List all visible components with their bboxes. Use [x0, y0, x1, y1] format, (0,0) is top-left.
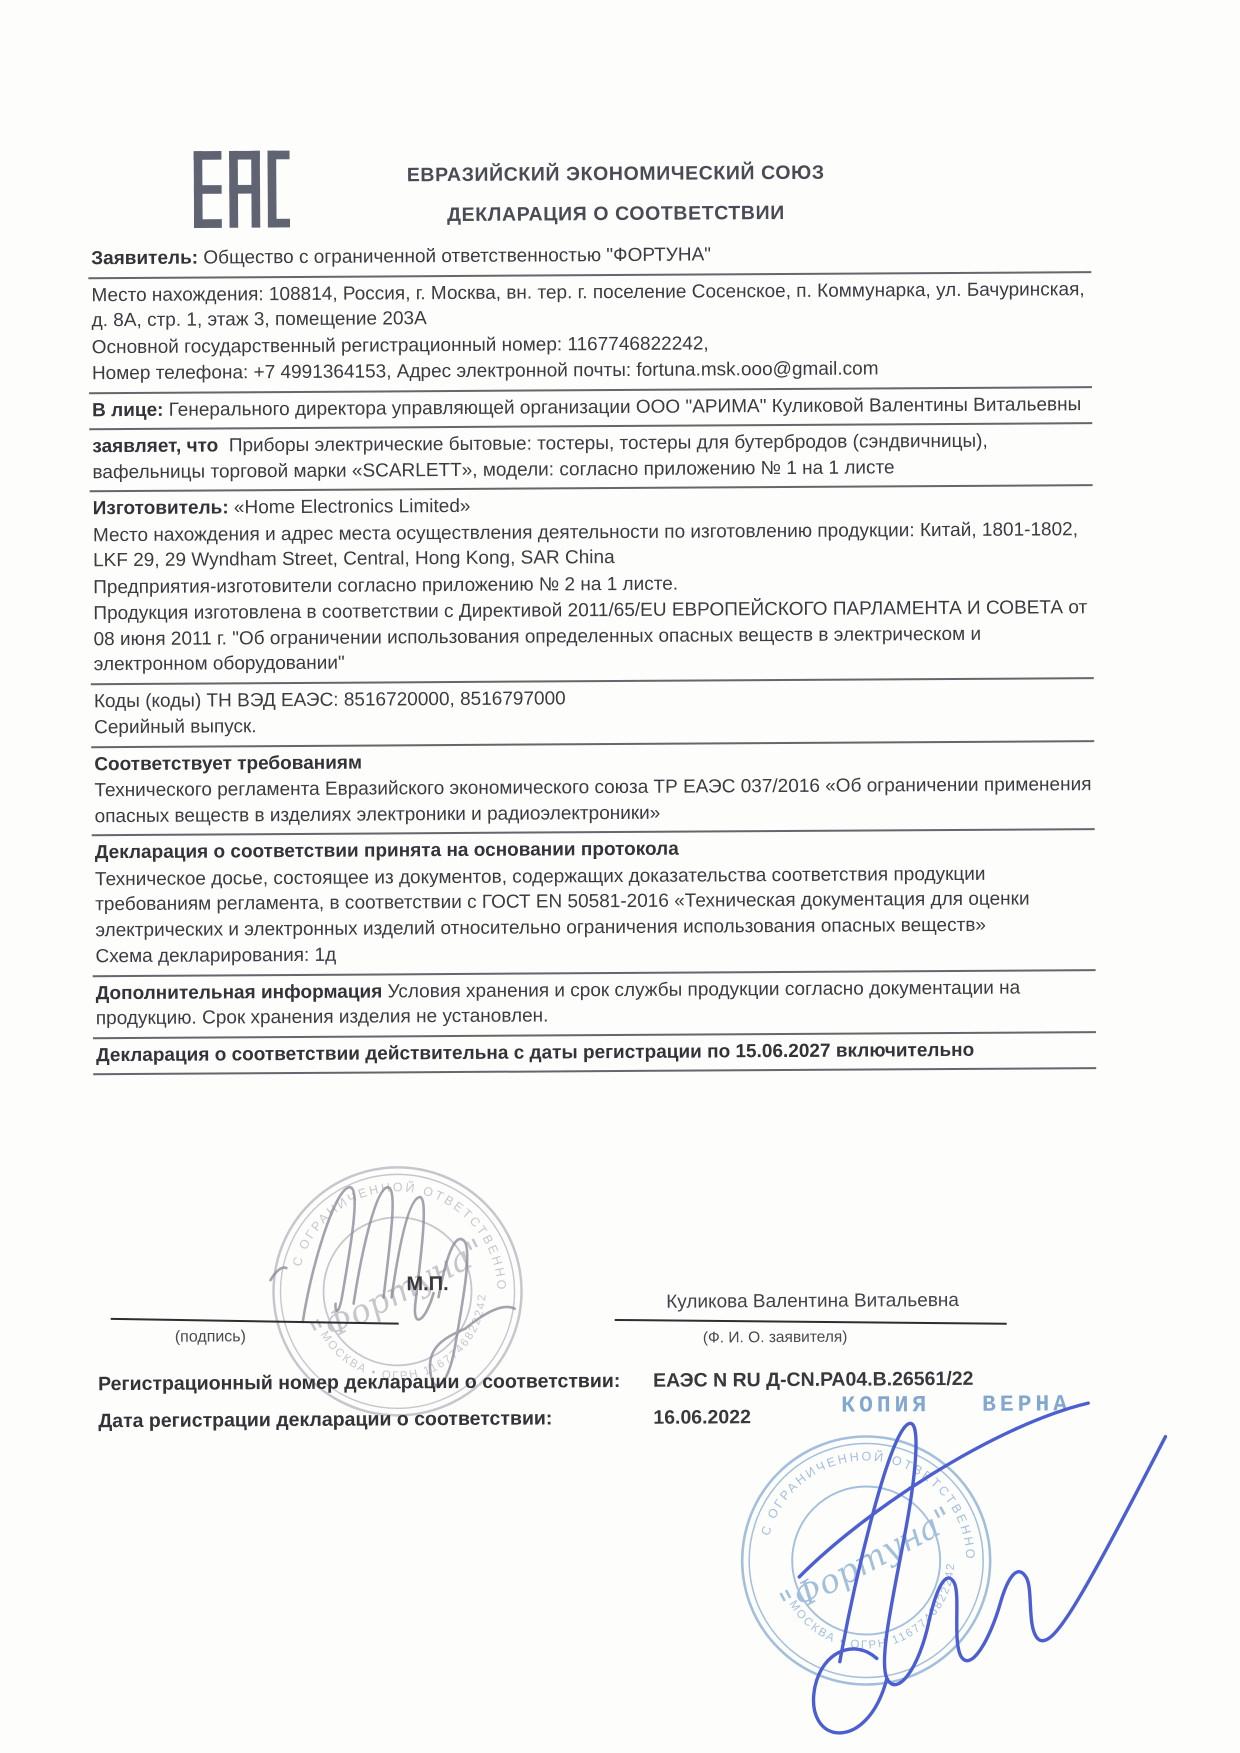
declaration-body: Заявитель: Общество с ограниченной ответ…: [91, 239, 1096, 1079]
additional-info-label: Дополнительная информация: [96, 981, 383, 1004]
fullname-caption: (Ф. И. О. заявителя): [703, 1329, 848, 1348]
serial-issue: Серийный выпуск.: [94, 709, 1094, 741]
declaration-document-page: ЕВРАЗИЙСКИЙ ЭКОНОМИЧЕСКИЙ СОЮЗ ДЕКЛАРАЦИ…: [0, 0, 1240, 1753]
stamp-place-mark: М.П.: [406, 1273, 448, 1296]
manufacturer-address: Место нахождения и адрес места осуществл…: [93, 517, 1093, 574]
declares-row: заявляет, что Приборы электрические быто…: [92, 428, 1092, 485]
declares-value: Приборы электрические бытовые: тостеры, …: [92, 431, 987, 483]
manufacturer-value: «Home Electronics Limited»: [234, 496, 471, 518]
registration-date-label: Дата регистрации декларации о соответств…: [98, 1407, 552, 1433]
in-person-label: В лице:: [92, 399, 163, 420]
divider: [93, 1067, 1096, 1075]
basis-scheme: Схема декларирования: 1д: [95, 938, 1095, 970]
fullname-line: [615, 1319, 1007, 1325]
applicant-row: Заявитель: Общество с ограниченной ответ…: [91, 240, 1091, 272]
manufacturer-label: Изготовитель:: [93, 497, 229, 519]
basis-text: Техническое досье, состоящее из документ…: [95, 861, 1095, 944]
in-person-value: Генерального директора управляющей орган…: [169, 394, 1082, 421]
signature-caption: (подпись): [175, 1328, 246, 1346]
applicant-label: Заявитель:: [91, 248, 198, 270]
applicant-address: Место нахождения: 108814, Россия, г. Мос…: [91, 277, 1091, 334]
applicant-contacts: Номер телефона: +7 4991364153, Адрес эле…: [92, 355, 1092, 387]
compliance-text: Технического регламента Евразийского эко…: [94, 772, 1094, 829]
declares-label: заявляет, что: [92, 435, 218, 457]
applicant-value: Общество с ограниченной ответственностью…: [203, 244, 711, 268]
applicant-signature-blue: [743, 1364, 1205, 1747]
registration-number-label: Регистрационный номер декларации о соотв…: [98, 1370, 620, 1396]
manufacturer-directive: Продукция изготовлена в соответствии с Д…: [93, 595, 1093, 678]
applicant-fullname: Куликова Валентина Витальевна: [613, 1290, 1013, 1314]
additional-info-row: Дополнительная информация Условия хранен…: [96, 975, 1096, 1032]
validity-statement: Декларация о соответствии действительна …: [96, 1037, 1096, 1069]
in-person-row: В лице: Генерального директора управляющ…: [92, 392, 1092, 424]
